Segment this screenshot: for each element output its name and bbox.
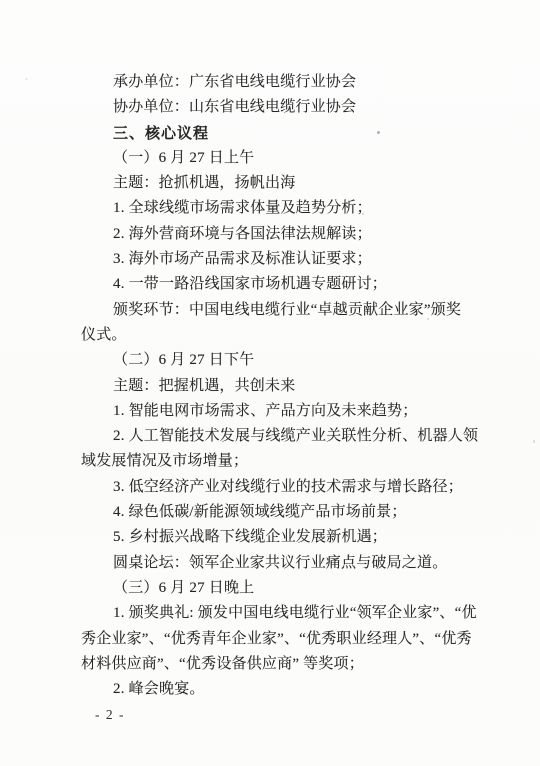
document-line: 2. 人工智能技术发展与线缆产业关联性分析、机器人领 [81, 424, 481, 449]
document-line: 圆桌论坛：领军企业家共议行业痛点与破局之道。 [81, 551, 481, 576]
document-line: 3. 低空经济产业对线缆行业的技术需求与增长路径； [81, 475, 481, 500]
document-line: 3. 海外市场产品需求及标准认证要求； [81, 247, 481, 272]
document-line: 仪式。 [81, 323, 481, 348]
document-line: 1. 颁奖典礼: 颁发中国电线电缆行业“领军企业家”、“优 [81, 601, 481, 626]
scan-speck [377, 131, 380, 134]
document-line: 5. 乡村振兴战略下线缆企业发展新机遇； [81, 525, 481, 550]
scan-speck [533, 440, 535, 443]
document-line: 主题：抢抓机遇，扬帆出海 [81, 171, 481, 196]
document-body: 承办单位：广东省电线电缆行业协会协办单位：山东省电线电缆行业协会三、核心议程（一… [81, 70, 481, 728]
document-line: 秀企业家”、“优秀青年企业家”、“优秀职业经理人”、“优秀 [81, 627, 481, 652]
scan-speck [25, 78, 28, 80]
document-line: 1. 全球线缆市场需求体量及趋势分析； [81, 196, 481, 221]
document-line: （一）6 月 27 日上午 [81, 146, 481, 171]
scanned-document-page: 承办单位：广东省电线电缆行业协会协办单位：山东省电线电缆行业协会三、核心议程（一… [0, 0, 540, 766]
document-line: 域发展情况及市场增量； [81, 449, 481, 474]
document-heading-line: 三、核心议程 [81, 121, 481, 146]
document-lines: 承办单位：广东省电线电缆行业协会协办单位：山东省电线电缆行业协会三、核心议程（一… [81, 70, 481, 702]
scan-speck [427, 318, 429, 320]
document-line: 承办单位：广东省电线电缆行业协会 [81, 70, 481, 95]
document-line: 2. 海外营商环境与各国法律法规解读； [81, 222, 481, 247]
document-line: 4. 绿色低碳/新能源领域线缆产品市场前景； [81, 500, 481, 525]
document-line: 协办单位：山东省电线电缆行业协会 [81, 95, 481, 120]
document-line: 材料供应商”、“优秀设备供应商” 等奖项； [81, 652, 481, 677]
page-number: - 2 - [81, 702, 481, 727]
document-line: （三）6 月 27 日晚上 [81, 576, 481, 601]
document-line: 2. 峰会晚宴。 [81, 677, 481, 702]
document-line: （二）6 月 27 日下午 [81, 348, 481, 373]
document-line: 颁奖环节：中国电线电缆行业“卓越贡献企业家”颁奖 [81, 298, 481, 323]
document-line: 主题：把握机遇，共创未来 [81, 374, 481, 399]
document-line: 4. 一带一路沿线国家市场机遇专题研讨； [81, 272, 481, 297]
document-line: 1. 智能电网市场需求、产品方向及未来趋势； [81, 399, 481, 424]
scan-speck [362, 213, 364, 215]
